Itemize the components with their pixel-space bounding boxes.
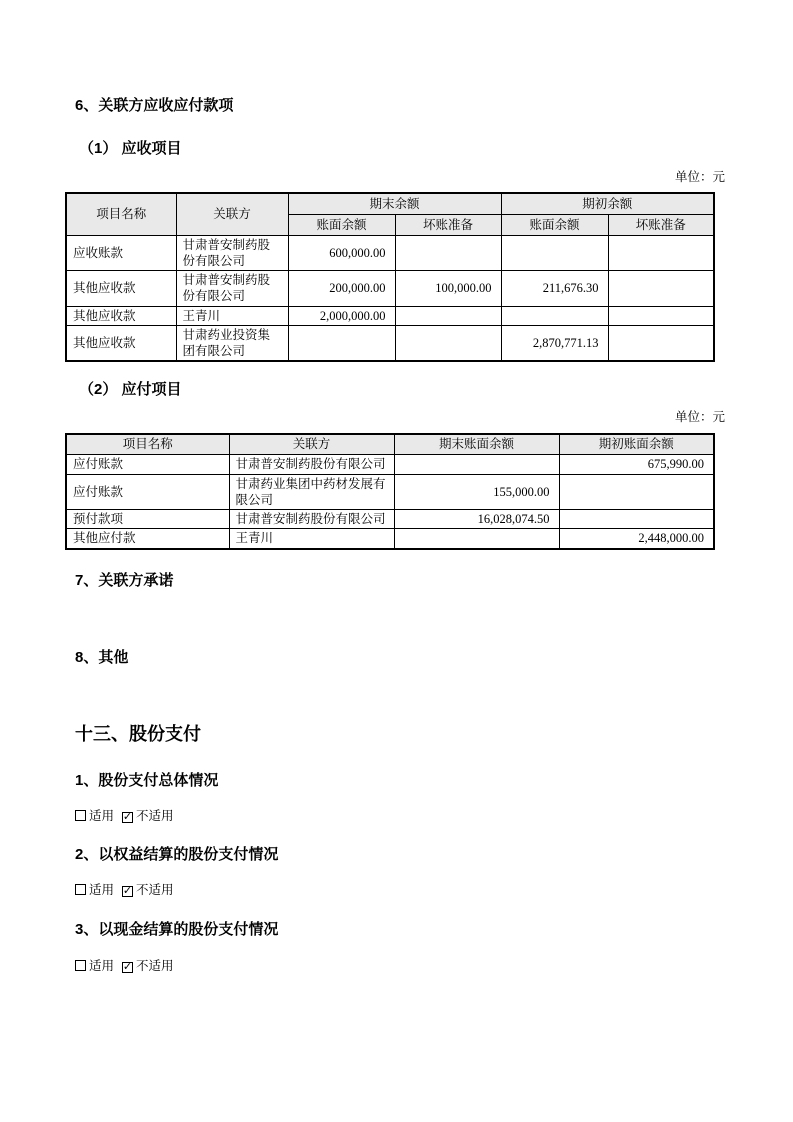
receivables-table-header: 项目名称 关联方 期末余额 期初余额 账面余额 坏账准备 账面余额 坏账准备: [66, 193, 714, 235]
col-header-party: 关联方: [229, 434, 394, 455]
cell-end-bad: [395, 325, 501, 361]
share-payment-equity-heading: 2、以权益结算的股份支付情况: [75, 846, 713, 865]
applicability-options: 适用✓不适用: [75, 808, 713, 824]
cell-party: 甘肃普安制药股 份有限公司: [176, 271, 288, 307]
cell-item: 应付账款: [66, 455, 229, 474]
cell-begin-bad: [608, 325, 714, 361]
table-row: 其他应付款 王青川 2,448,000.00: [66, 529, 714, 549]
checkbox-checked-icon: ✓: [122, 962, 133, 973]
check-icon: ✓: [123, 961, 132, 972]
col-header-item: 项目名称: [66, 434, 229, 455]
cell-party: 王青川: [176, 306, 288, 325]
cell-beginning: 675,990.00: [559, 455, 714, 474]
receivables-subheading: （1） 应收项目: [79, 140, 713, 159]
table-row: 应收账款 甘肃普安制药股 份有限公司 600,000.00: [66, 235, 714, 271]
cell-begin-bad: [608, 306, 714, 325]
cell-party: 甘肃药业集团中药材发展有 限公司: [229, 474, 394, 510]
col-header-beginning-group: 期初余额: [501, 193, 714, 214]
table-row: 预付款项 甘肃普安制药股份有限公司 16,028,074.50: [66, 510, 714, 529]
not-applicable-label: 不适用: [136, 809, 174, 823]
not-applicable-label: 不适用: [136, 959, 174, 973]
col-header-ending: 期末账面余额: [394, 434, 559, 455]
checkbox-unchecked-icon: [75, 810, 86, 821]
col-header-bad-debt: 坏账准备: [395, 214, 501, 235]
cell-item: 其他应付款: [66, 529, 229, 549]
cell-begin-book: [501, 306, 608, 325]
col-header-beginning: 期初账面余额: [559, 434, 714, 455]
cell-ending: 155,000.00: [394, 474, 559, 510]
cell-party: 甘肃普安制药股份有限公司: [229, 510, 394, 529]
cell-begin-bad: [608, 271, 714, 307]
receivables-table: 项目名称 关联方 期末余额 期初余额 账面余额 坏账准备 账面余额 坏账准备 应…: [65, 192, 715, 362]
section-6-heading: 6、关联方应收应付款项: [75, 97, 713, 116]
cell-end-book: 2,000,000.00: [288, 306, 395, 325]
check-icon: ✓: [123, 811, 132, 822]
col-header-bad-debt: 坏账准备: [608, 214, 714, 235]
payables-unit-label: 单位：元: [65, 410, 725, 426]
cell-beginning: [559, 510, 714, 529]
cell-end-book: 600,000.00: [288, 235, 395, 271]
cell-item: 应付账款: [66, 474, 229, 510]
applicability-options: 适用✓不适用: [75, 882, 713, 898]
col-header-item: 项目名称: [66, 193, 176, 235]
document-page: 6、关联方应收应付款项 （1） 应收项目 单位：元 项目名称 关联方 期末余额 …: [0, 0, 793, 1122]
cell-party: 甘肃药业投资集 团有限公司: [176, 325, 288, 361]
share-payment-overall-heading: 1、股份支付总体情况: [75, 772, 713, 791]
cell-ending: 16,028,074.50: [394, 510, 559, 529]
cell-item: 预付款项: [66, 510, 229, 529]
cell-end-book: [288, 325, 395, 361]
share-payment-cash-heading: 3、以现金结算的股份支付情况: [75, 921, 713, 940]
cell-begin-book: [501, 235, 608, 271]
cell-item: 应收账款: [66, 235, 176, 271]
cell-item: 其他应收款: [66, 306, 176, 325]
cell-begin-book: 2,870,771.13: [501, 325, 608, 361]
col-header-book-balance: 账面余额: [288, 214, 395, 235]
checkbox-unchecked-icon: [75, 960, 86, 971]
cell-begin-bad: [608, 235, 714, 271]
section-7-heading: 7、关联方承诺: [75, 572, 713, 591]
applicable-label: 适用: [89, 883, 114, 897]
cell-end-bad: [395, 235, 501, 271]
cell-end-bad: [395, 306, 501, 325]
receivables-unit-label: 单位：元: [65, 170, 725, 186]
applicable-label: 适用: [89, 809, 114, 823]
table-row: 应付账款 甘肃药业集团中药材发展有 限公司 155,000.00: [66, 474, 714, 510]
check-icon: ✓: [123, 885, 132, 896]
table-row: 其他应收款 甘肃药业投资集 团有限公司 2,870,771.13: [66, 325, 714, 361]
cell-beginning: [559, 474, 714, 510]
cell-ending: [394, 455, 559, 474]
payables-table: 项目名称 关联方 期末账面余额 期初账面余额 应付账款 甘肃普安制药股份有限公司…: [65, 433, 715, 550]
checkbox-checked-icon: ✓: [122, 812, 133, 823]
cell-item: 其他应收款: [66, 271, 176, 307]
table-row: 其他应收款 王青川 2,000,000.00: [66, 306, 714, 325]
table-row: 应付账款 甘肃普安制药股份有限公司 675,990.00: [66, 455, 714, 474]
cell-ending: [394, 529, 559, 549]
cell-party: 甘肃普安制药股 份有限公司: [176, 235, 288, 271]
col-header-ending-group: 期末余额: [288, 193, 501, 214]
col-header-book-balance: 账面余额: [501, 214, 608, 235]
applicability-options: 适用✓不适用: [75, 958, 713, 974]
payables-table-header: 项目名称 关联方 期末账面余额 期初账面余额: [66, 434, 714, 455]
section-8-heading: 8、其他: [75, 649, 713, 668]
applicable-label: 适用: [89, 959, 114, 973]
cell-party: 甘肃普安制药股份有限公司: [229, 455, 394, 474]
section-13-heading: 十三、股份支付: [75, 723, 713, 746]
payables-subheading: （2） 应付项目: [79, 381, 713, 400]
checkbox-checked-icon: ✓: [122, 886, 133, 897]
cell-end-book: 200,000.00: [288, 271, 395, 307]
checkbox-unchecked-icon: [75, 884, 86, 895]
cell-party: 王青川: [229, 529, 394, 549]
cell-item: 其他应收款: [66, 325, 176, 361]
not-applicable-label: 不适用: [136, 883, 174, 897]
cell-end-bad: 100,000.00: [395, 271, 501, 307]
table-row: 其他应收款 甘肃普安制药股 份有限公司 200,000.00 100,000.0…: [66, 271, 714, 307]
col-header-party: 关联方: [176, 193, 288, 235]
cell-beginning: 2,448,000.00: [559, 529, 714, 549]
cell-begin-book: 211,676.30: [501, 271, 608, 307]
